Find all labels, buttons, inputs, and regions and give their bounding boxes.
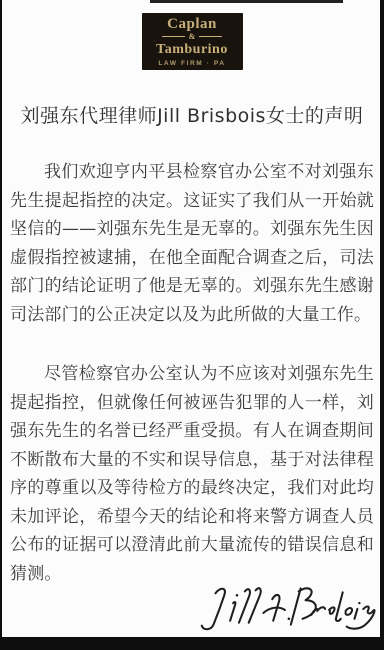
statement-body: 我们欢迎亨内平县检察官办公室不对刘强东先生提起指控的决定。这证实了我们从一开始就… (10, 158, 374, 588)
statement-paragraph-1: 我们欢迎亨内平县检察官办公室不对刘强东先生提起指控的决定。这证实了我们从一开始就… (10, 158, 374, 329)
top-border (150, 0, 343, 3)
logo-ampersand: & (189, 33, 196, 41)
left-border (0, 0, 2, 650)
logo-line-lawfirm: LAW FIRM · PA (158, 60, 225, 67)
statement-document: Caplan & Tamburino LAW FIRM · PA 刘强东代理律师… (0, 0, 384, 650)
logo-line-caplan: Caplan (167, 17, 217, 32)
statement-title: 刘强东代理律师Jill Brisbois女士的声明 (8, 103, 376, 129)
logo-line-tamburino: Tamburino (156, 42, 228, 57)
law-firm-logo: Caplan & Tamburino LAW FIRM · PA (142, 13, 243, 70)
statement-paragraph-2: 尽管检察官办公室认为不应该对刘强东先生提起指控，但就像任何被诬告犯罪的人一样，刘… (10, 360, 374, 588)
logo-ampersand-row: & (162, 33, 223, 41)
logo-rule-left (162, 36, 185, 37)
signature-jill-brisbois (190, 581, 376, 635)
right-border (380, 0, 384, 650)
logo-rule-right (199, 36, 222, 37)
bottom-border (0, 637, 384, 650)
